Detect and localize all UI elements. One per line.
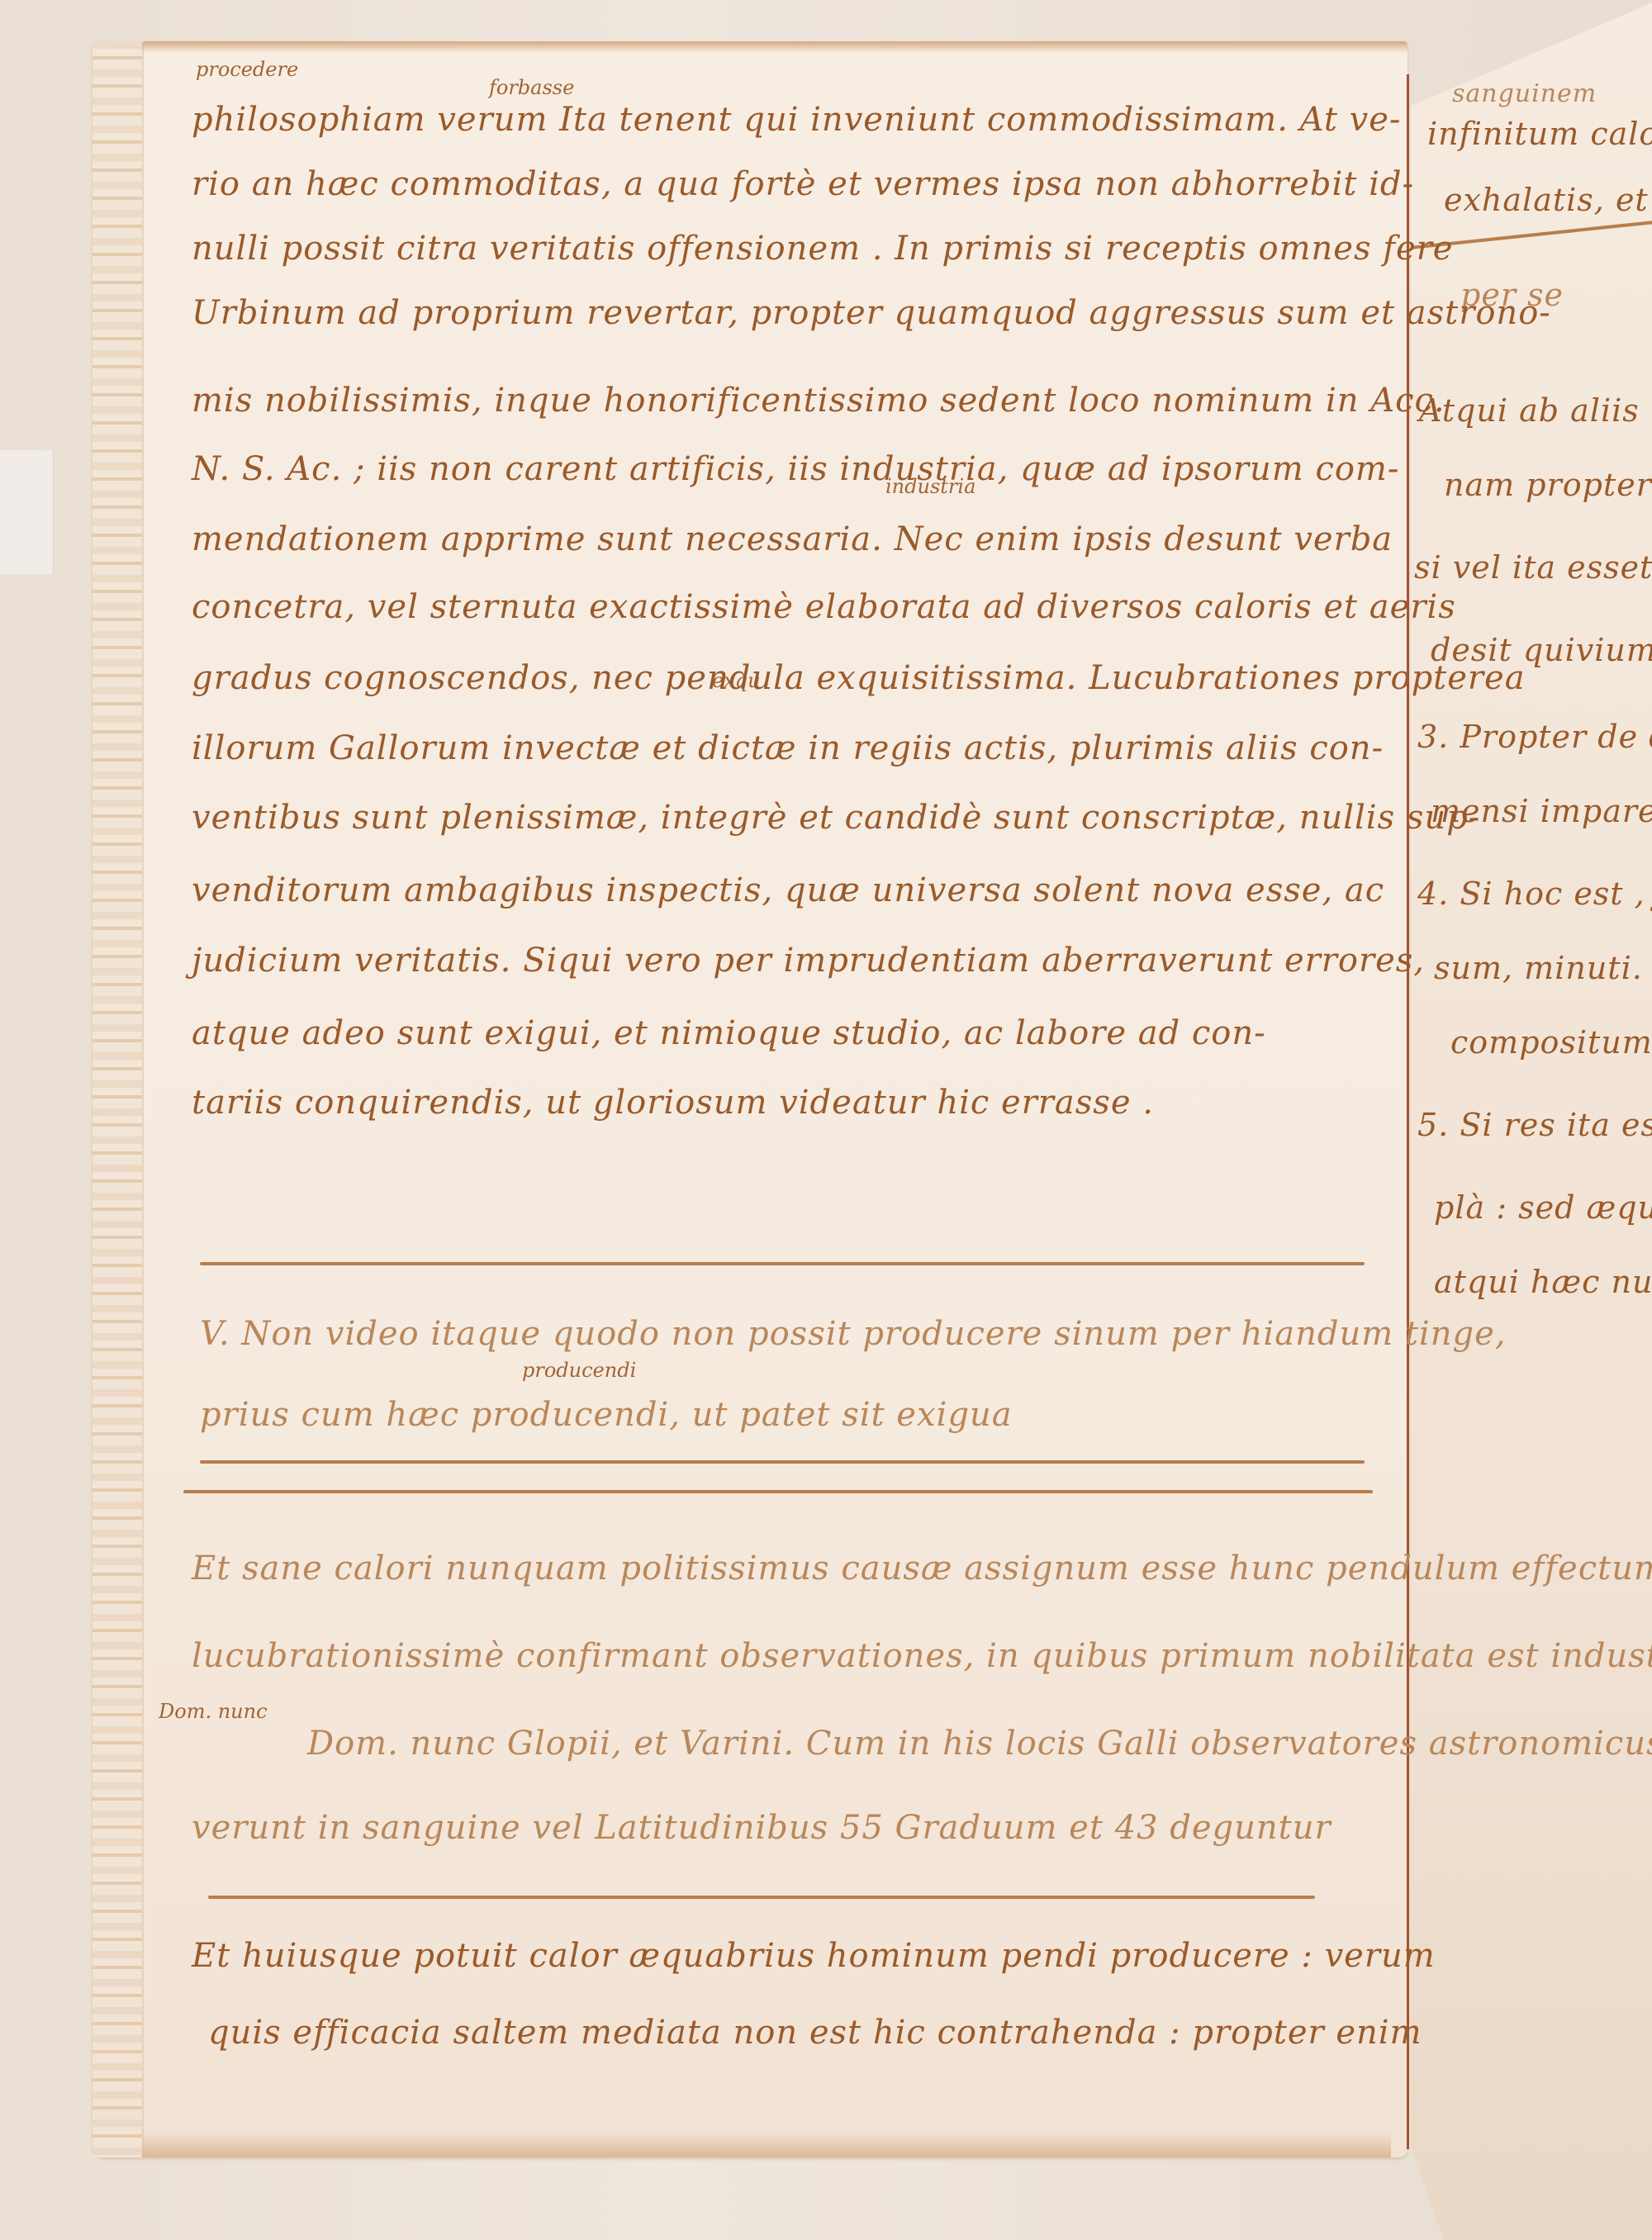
right-page-line: 5. Si res ita est u — [1417, 1107, 1652, 1143]
right-page-line: 3. Propter de despi — [1417, 719, 1652, 755]
text-line: N. S. Ac. ; iis non carent artificis, ii… — [192, 450, 1399, 488]
text-line: Urbinum ad proprium revertar, propter qu… — [192, 294, 1551, 332]
text-line: Dom. nunc Glopii, et Varini. Cum in his … — [307, 1725, 1652, 1763]
right-page-line: sum, minuti. — [1434, 950, 1643, 986]
note-line: V. Non video itaque quodo non possit pro… — [200, 1315, 1506, 1353]
section-rule — [200, 1262, 1365, 1265]
section-rule — [183, 1490, 1373, 1493]
right-page-line: Atqui ab aliis — [1419, 392, 1640, 429]
text-line: philosophiam verum Ita tenent qui inveni… — [192, 101, 1401, 139]
right-page-line: infinitum caloris — [1427, 116, 1652, 152]
left-page: procedere forbasse industria exqu produc… — [93, 41, 1408, 2157]
right-page-line: atqui hæc num — [1434, 1264, 1652, 1300]
text-line: lucubrationissimè confirmant observation… — [192, 1637, 1652, 1675]
right-page: sanguinem infinitum caloris exhalatis, e… — [1411, 0, 1652, 2240]
margin-note: Dom. nunc — [159, 1700, 268, 1723]
interlinear-note: producendi — [522, 1359, 636, 1382]
section-rule — [200, 1460, 1365, 1464]
interlinear-note: forbasse — [489, 76, 574, 99]
interlinear-note: procedere — [196, 58, 298, 81]
right-page-line: exhalatis, et vap — [1444, 182, 1652, 218]
section-rule — [208, 1896, 1315, 1899]
right-page-line: plà : sed æqua — [1434, 1189, 1652, 1226]
text-line: concetra, vel sternuta exactissimè elabo… — [192, 588, 1456, 626]
text-line: Et huiusque potuit calor æquabrius homin… — [192, 1937, 1436, 1975]
text-line: gradus cognoscendos, nec pendula exquisi… — [192, 659, 1526, 697]
text-line: Et sane calori nunquam politissimus caus… — [192, 1549, 1652, 1587]
text-line: nulli possit citra veritatis offensionem… — [192, 230, 1453, 268]
text-line: venditorum ambagibus inspectis, quæ univ… — [192, 871, 1384, 909]
right-page-line: si vel ita esset in — [1414, 549, 1652, 586]
text-line: illorum Gallorum invectæ et dictæ in reg… — [192, 729, 1384, 767]
right-page-note: sanguinem — [1452, 79, 1597, 108]
right-page-line: 4. Si hoc est , j — [1417, 876, 1652, 912]
note-line: prius cum hæc producendi, ut patet sit e… — [200, 1396, 1013, 1434]
text-line: quis efficacia saltem mediata non est hi… — [208, 2014, 1422, 2052]
text-line: mis nobilissimis, inque honorificentissi… — [192, 382, 1445, 420]
right-page-line: compositum cum ( — [1450, 1024, 1652, 1061]
text-line: tariis conquirendis, ut gloriosum videat… — [192, 1084, 1154, 1122]
text-line: verunt in sanguine vel Latitudinibus 55 … — [192, 1809, 1332, 1847]
text-line: atque adeo sunt exigui, et nimioque stud… — [192, 1014, 1266, 1052]
text-line: judicium veritatis. Siqui vero per impru… — [192, 942, 1425, 980]
calibration-card — [0, 450, 54, 574]
text-line: ventibus sunt plenissimæ, integrè et can… — [192, 799, 1480, 837]
page-bottom-stain — [142, 2133, 1391, 2157]
text-line: rio an hæc commoditas, a qua fortè et ve… — [192, 165, 1414, 203]
text-line: mendationem apprime sunt necessaria. Nec… — [192, 520, 1393, 558]
right-page-line: nam propter pro — [1444, 467, 1652, 503]
